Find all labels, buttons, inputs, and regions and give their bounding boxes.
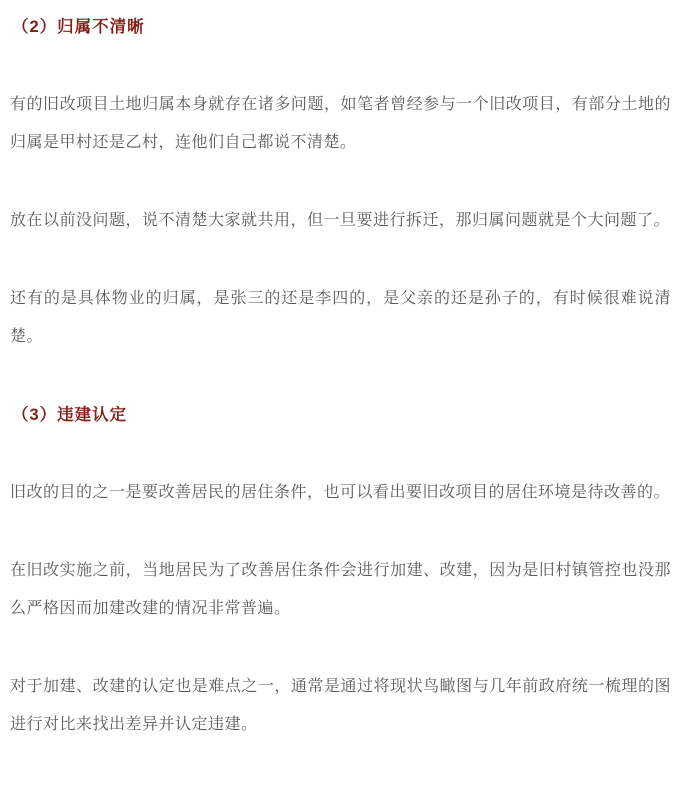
paragraph: 放在以前没问题，说不清楚大家就共用，但一旦要进行拆迁，那归属问题就是个大问题了。 [10, 202, 671, 240]
article-body: （2）归属不清晰 有的旧改项目土地归属本身就存在诸多问题，如笔者曾经参与一个旧改… [0, 0, 681, 804]
paragraph: 有的旧改项目土地归属本身就存在诸多问题，如笔者曾经参与一个旧改项目，有部分土地的… [10, 86, 671, 162]
paragraph: 还有的是具体物业的归属，是张三的还是李四的，是父亲的还是孙子的，有时候很难说清楚… [10, 280, 671, 356]
section-heading-ownership: （2）归属不清晰 [12, 8, 671, 46]
paragraph: 对于加建、改建的认定也是难点之一，通常是通过将现状鸟瞰图与几年前政府统一梳理的图… [10, 668, 671, 744]
paragraph: 旧改的目的之一是要改善居民的居住条件，也可以看出要旧改项目的居住环境是待改善的。 [10, 474, 671, 512]
paragraph: 在旧改实施之前，当地居民为了改善居住条件会进行加建、改建，因为是旧村镇管控也没那… [10, 552, 671, 628]
section-heading-illegal-construction: （3）违建认定 [12, 396, 671, 434]
